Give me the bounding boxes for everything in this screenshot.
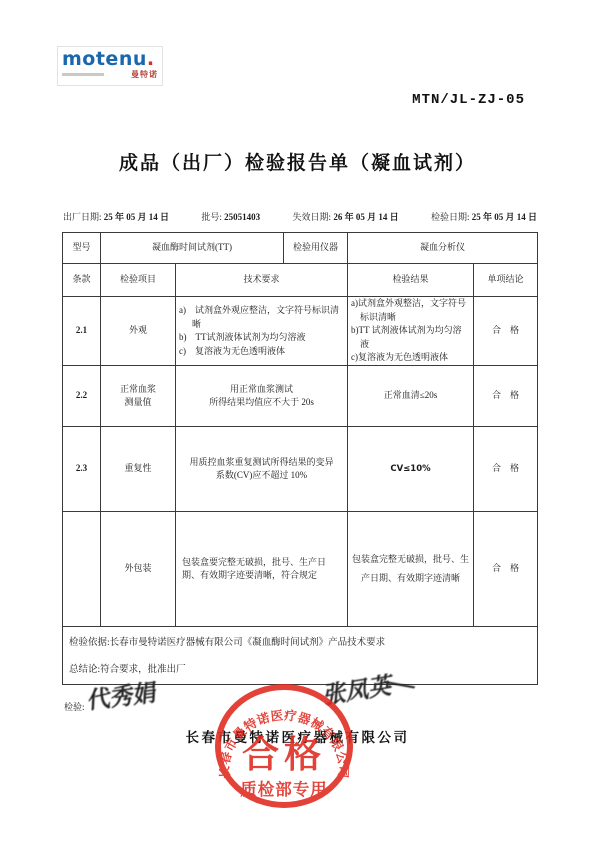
header-result: 检验结果	[348, 264, 474, 297]
result-cell: a)试剂盒外观整洁，文字符号标识清晰 b)TT 试剂液体试剂为均匀溶液 c)复溶…	[348, 297, 474, 366]
model-label-cell: 型号	[63, 233, 101, 264]
inspector-signature: 代秀娟	[87, 674, 157, 716]
result-line: c)复溶液为无色透明液体	[351, 351, 448, 365]
info-line: 出厂日期: 25 年 05 月 14 日 批号: 25051403 失效日期: …	[63, 210, 537, 223]
expiry-date-value: 26 年 05 月 14 日	[333, 212, 398, 222]
requirement-cell: 包装盒要完整无破损，批号、生产日期、有效期字迹要清晰，符合规定	[176, 512, 348, 627]
model-value-cell: 凝血酶时间试剂(TT)	[101, 233, 284, 264]
logo-brand-text: motenu.	[62, 49, 158, 69]
result-cell: CV≤10%	[348, 427, 474, 512]
logo-chinese-name: 曼特诺	[131, 69, 158, 80]
inspection-date-field: 检验日期: 25 年 05 月 14 日	[431, 210, 537, 223]
requirement-line: 所得结果均值应不大于 20s	[209, 396, 314, 410]
item-cell: 重复性	[101, 427, 176, 512]
item-cell: 外包装	[101, 512, 176, 627]
item-cell: 正常血浆 测量值	[101, 366, 176, 427]
requirement-line: 用正常血浆测试	[230, 383, 293, 397]
clause-cell: 2.2	[63, 366, 101, 427]
expiry-date-field: 失效日期: 26 年 05 月 14 日	[293, 210, 399, 223]
instrument-label-cell: 检验用仪器	[284, 233, 348, 264]
stamp-bottom-text: 质检部专用	[240, 779, 328, 799]
inspection-report-page: motenu. 曼特诺 MTN/JL-ZJ-05 成品（出厂）检验报告单（凝血试…	[0, 0, 595, 842]
factory-date-value: 25 年 05 月 14 日	[104, 212, 169, 222]
header-row: 条款 检验项目 技术要求 检验结果 单项结论	[63, 264, 538, 297]
quality-stamp: 长春市曼特诺医疗器械有限公司 合格 质检部专用	[209, 681, 359, 815]
batch-number-field: 批号: 25051403	[201, 210, 260, 223]
table-row-repeatability: 2.3 重复性 用质控血浆重复测试所得结果的变异系数(CV)应不超过 10% C…	[63, 427, 538, 512]
table-row-appearance: 2.1 外观 a) 试剂盒外观应整洁，文字符号标识清晰 b) TT试剂液体试剂为…	[63, 297, 538, 366]
requirement-cell: a) 试剂盒外观应整洁，文字符号标识清晰 b) TT试剂液体试剂为均匀溶液 c)…	[176, 297, 348, 366]
factory-date-label: 出厂日期:	[63, 212, 102, 222]
table-row-plasma-value: 2.2 正常血浆 测量值 用正常血浆测试 所得结果均值应不大于 20s 正常血清…	[63, 366, 538, 427]
clause-cell: 2.1	[63, 297, 101, 366]
inspection-basis: 检验依据:长春市曼特诺医疗器械有限公司《凝血酶时间试剂》产品技术要求	[69, 634, 532, 648]
item-line: 正常血浆	[120, 383, 156, 397]
requirement-cell: 用正常血浆测试 所得结果均值应不大于 20s	[176, 366, 348, 427]
item-line: 测量值	[124, 396, 151, 410]
requirement-line: b) TT试剂液体试剂为均匀溶液	[179, 331, 306, 345]
conclusion-cell: 合 格	[474, 512, 538, 627]
requirement-cell: 用质控血浆重复测试所得结果的变异系数(CV)应不超过 10%	[176, 427, 348, 512]
result-line: 产日期、有效期字迹清晰	[361, 569, 460, 588]
expiry-date-label: 失效日期:	[293, 212, 332, 222]
result-line: 包装盒完整无破损，批号、生	[352, 550, 469, 569]
inspector-label: 检验:	[64, 700, 85, 713]
result-line: a)试剂盒外观整洁，文字符号标识清晰	[351, 297, 470, 324]
factory-date-field: 出厂日期: 25 年 05 月 14 日	[63, 210, 169, 223]
company-logo: motenu. 曼特诺	[57, 46, 163, 86]
result-cell: 正常血清≤20s	[348, 366, 474, 427]
item-cell: 外观	[101, 297, 176, 366]
batch-number-label: 批号:	[201, 212, 222, 222]
inspection-date-label: 检验日期:	[431, 212, 470, 222]
table-row-packaging: 外包装 包装盒要完整无破损，批号、生产日期、有效期字迹要清晰，符合规定 包装盒完…	[63, 512, 538, 627]
header-requirement: 技术要求	[176, 264, 348, 297]
header-item: 检验项目	[101, 264, 176, 297]
requirement-line: a) 试剂盒外观应整洁，文字符号标识清晰	[179, 304, 344, 331]
model-row: 型号 凝血酶时间试剂(TT) 检验用仪器 凝血分析仪	[63, 233, 538, 264]
conclusion-cell: 合 格	[474, 366, 538, 427]
result-line: b)TT 试剂液体试剂为均匀溶液	[351, 324, 470, 351]
stamp-center-text: 合格	[242, 734, 326, 776]
report-title: 成品（出厂）检验报告单（凝血试剂）	[0, 148, 595, 175]
requirement-line: c) 复溶液为无色透明液体	[179, 345, 285, 359]
logo-tagline-decoration	[62, 73, 104, 76]
logo-red-dot: .	[147, 48, 155, 70]
instrument-value-cell: 凝血分析仪	[348, 233, 538, 264]
header-conclusion: 单项结论	[474, 264, 538, 297]
batch-number-value: 25051403	[224, 212, 260, 222]
inspection-table: 型号 凝血酶时间试剂(TT) 检验用仪器 凝血分析仪 条款 检验项目 技术要求 …	[62, 232, 538, 685]
document-code: MTN/JL-ZJ-05	[412, 92, 525, 108]
result-cell: 包装盒完整无破损，批号、生 产日期、有效期字迹清晰	[348, 512, 474, 627]
header-clause: 条款	[63, 264, 101, 297]
conclusion-cell: 合 格	[474, 297, 538, 366]
clause-cell: 2.3	[63, 427, 101, 512]
conclusion-cell: 合 格	[474, 427, 538, 512]
final-conclusion: 总结论:符合要求，批准出厂	[69, 661, 532, 675]
logo-subline: 曼特诺	[62, 69, 158, 80]
logo-brand-word: motenu	[62, 48, 147, 70]
inspection-date-value: 25 年 05 月 14 日	[472, 212, 537, 222]
clause-cell	[63, 512, 101, 627]
